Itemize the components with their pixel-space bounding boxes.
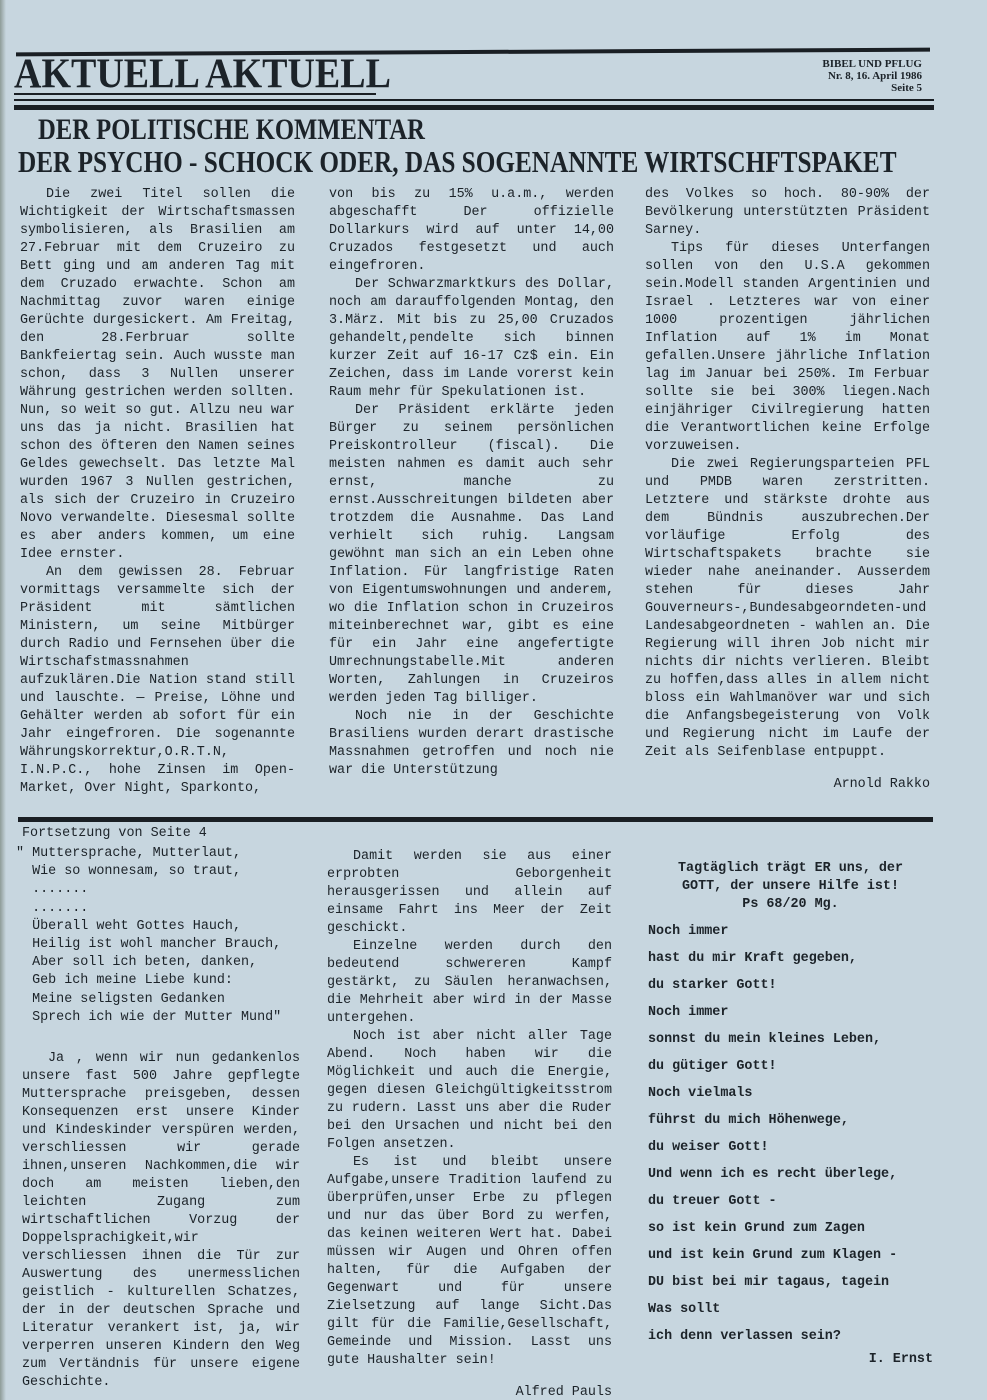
paragraph: Tips für dieses Unterfangen sollen von d… [645, 240, 930, 456]
paragraph: Der Schwarzmarktkurs des Dollar, noch am… [329, 276, 614, 402]
poem-line: Heilig ist wohl mancher Brauch, [16, 936, 281, 954]
article2-column-1: Ja , wenn wir nun gedankenlos unsere fas… [22, 1050, 300, 1392]
poem-column: Tagtäglich trägt ER uns, der GOTT, der u… [648, 860, 933, 1367]
poem-line: du starker Gott! [648, 972, 933, 999]
poem-line: Noch immer [648, 999, 933, 1026]
poem-line: Sprech ich wie der Mutter Mund" [16, 1009, 281, 1027]
poem-intro-line: Tagtäglich trägt ER uns, der [648, 860, 933, 878]
poem-line: Aber soll ich beten, danken, [16, 954, 281, 972]
poem-line: führst du mich Höhenwege, [648, 1107, 933, 1134]
poem-line: du gütiger Gott! [648, 1053, 933, 1080]
poem-line: Noch vielmals [648, 1080, 933, 1107]
issue-date: Nr. 8, 16. April 1986 [822, 70, 922, 82]
paragraph: Ja , wenn wir nun gedankenlos unsere fas… [22, 1050, 300, 1392]
poem-body: Noch immer hast du mir Kraft gegeben, du… [648, 918, 933, 1350]
author-signature: Alfred Pauls [327, 1384, 612, 1400]
article2-column-2: Damit werden sie aus einer erprobten Geb… [327, 848, 612, 1400]
poem-line: Was sollt [648, 1296, 933, 1323]
paragraph: Es ist und bleibt unsere Aufgabe,unsere … [327, 1154, 612, 1370]
poem-line: und ist kein Grund zum Klagen - [648, 1242, 933, 1269]
paragraph: Der Präsident erklärte jeden Bürger zu s… [329, 402, 614, 708]
poem-line: ....... [16, 881, 281, 899]
poem-line: sonnst du mein kleines Leben, [648, 1026, 933, 1053]
poem-line: Noch immer [648, 918, 933, 945]
poem-line: du weiser Gott! [648, 1134, 933, 1161]
author-signature: I. Ernst [648, 1352, 933, 1367]
poem-line: hast du mir Kraft gegeben, [648, 945, 933, 972]
author-signature: Arnold Rakko [645, 776, 930, 794]
poem-line: Überall weht Gottes Hauch, [16, 918, 281, 936]
masthead-meta: BIBEL UND PFLUG Nr. 8, 16. April 1986 Se… [822, 58, 922, 94]
publication-name: BIBEL UND PFLUG [822, 58, 922, 70]
article-kicker: DER POLITISCHE KOMMENTAR [38, 114, 425, 148]
poem-line: Wie so wonnesam, so traut, [16, 863, 281, 881]
masthead-bottom-rule-thin [14, 99, 934, 101]
poem-line: so ist kein Grund zum Zagen [648, 1215, 933, 1242]
paragraph: An dem gewissen 28. Februar vormittags v… [20, 564, 295, 798]
poem-line: du treuer Gott - [648, 1188, 933, 1215]
paragraph: Noch nie in der Geschichte Brasiliens wu… [329, 708, 614, 780]
poem-line: ich denn verlassen sein? [648, 1323, 933, 1350]
quoted-poem: " Muttersprache, Mutterlaut, Wie so wonn… [16, 845, 281, 1027]
poem-intro-reference: Ps 68/20 Mg. [648, 896, 933, 914]
paragraph: des Volkes so hoch. 80-90% der Bevölkeru… [645, 186, 930, 240]
poem-line: Meine seligsten Gedanken [16, 991, 281, 1009]
poem-line: Und wenn ich es recht überlege, [648, 1161, 933, 1188]
section-divider [18, 817, 933, 822]
paragraph: von bis zu 15% u.a.m., werden abgeschaff… [329, 186, 614, 276]
poem-line: DU bist bei mir tagaus, tagein [648, 1269, 933, 1296]
poem-intro-line: GOTT, der unsere Hilfe ist! [648, 878, 933, 896]
masthead-title: AKTUELL AKTUELL [14, 50, 391, 98]
article1-column-2: von bis zu 15% u.a.m., werden abgeschaff… [329, 186, 614, 780]
paragraph: Damit werden sie aus einer erprobten Geb… [327, 848, 612, 938]
paragraph: Einzelne werden durch den bedeutend schw… [327, 938, 612, 1028]
article-headline: DER PSYCHO - SCHOCK ODER, DAS SOGENANNTE… [18, 146, 897, 181]
paragraph: Die zwei Titel sollen die Wichtigkeit de… [20, 186, 295, 564]
paragraph: Die zwei Regierungsparteien PFL und PMDB… [645, 456, 930, 762]
continuation-label: Fortsetzung von Seite 4 [22, 826, 207, 841]
article1-column-3: des Volkes so hoch. 80-90% der Bevölkeru… [645, 186, 930, 794]
page-number: Seite 5 [822, 82, 922, 94]
poem-line: " Muttersprache, Mutterlaut, [16, 845, 281, 863]
poem-intro: Tagtäglich trägt ER uns, der GOTT, der u… [648, 860, 933, 914]
article1-column-1: Die zwei Titel sollen die Wichtigkeit de… [20, 186, 295, 798]
masthead-bottom-rule-thick [14, 105, 934, 110]
paragraph: Noch ist aber nicht aller Tage Abend. No… [327, 1028, 612, 1154]
page-edge-shadow [0, 0, 6, 1400]
poem-line: Geb ich meine Liebe kund: [16, 972, 281, 990]
poem-line: ....... [16, 900, 281, 918]
